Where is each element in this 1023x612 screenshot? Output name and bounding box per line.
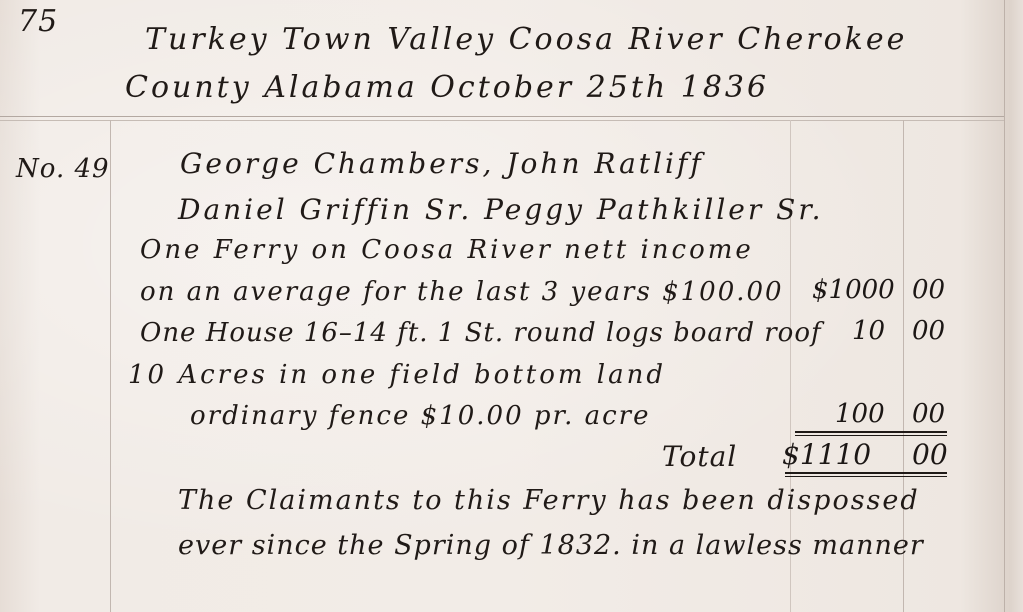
item-line-5: ordinary fence $10.00 pr. acre — [190, 401, 651, 431]
item-line-3: One House 16–14 ft. 1 St. round logs boa… — [140, 318, 822, 348]
total-bottom-rule-double — [785, 476, 947, 477]
total-label: Total — [662, 440, 737, 473]
header-line-1: Turkey Town Valley Coosa River Cherokee — [145, 22, 907, 57]
entry-number: No. 49 — [16, 154, 110, 184]
page-number: 75 — [18, 4, 58, 39]
total-top-rule — [795, 431, 947, 433]
total-cents: 00 — [912, 438, 948, 471]
margin-rule — [110, 120, 111, 612]
claimants-line-2: Daniel Griffin Sr. Peggy Pathkiller Sr. — [178, 193, 824, 226]
item-line-4: 10 Acres in one field bottom land — [128, 360, 666, 390]
claimants-line-1: George Chambers, John Ratliff — [180, 147, 704, 180]
item-line-1: One Ferry on Coosa River nett income — [140, 235, 754, 265]
item-3-cents: 00 — [912, 316, 945, 346]
ledger-page: 75 Turkey Town Valley Coosa River Cherok… — [0, 0, 1023, 612]
item-2-cents: 00 — [912, 275, 945, 305]
item-3-dollars: 10 — [852, 316, 885, 346]
item-line-2: on an average for the last 3 years $100.… — [140, 277, 784, 307]
item-5-dollars: 100 — [835, 399, 885, 429]
total-dollars: $1110 — [782, 438, 871, 471]
total-top-rule-double — [795, 435, 947, 436]
item-5-cents: 00 — [912, 399, 945, 429]
header-line-2: County Alabama October 25th 1836 — [125, 70, 769, 105]
note-line-1: The Claimants to this Ferry has been dis… — [178, 485, 920, 516]
item-2-dollars: $1000 — [812, 275, 895, 305]
total-bottom-rule — [785, 472, 947, 474]
note-line-2: ever since the Spring of 1832. in a lawl… — [178, 530, 924, 561]
header-rule — [0, 116, 1005, 117]
header-rule-double — [0, 120, 1005, 121]
right-edge-rule — [1004, 0, 1005, 612]
